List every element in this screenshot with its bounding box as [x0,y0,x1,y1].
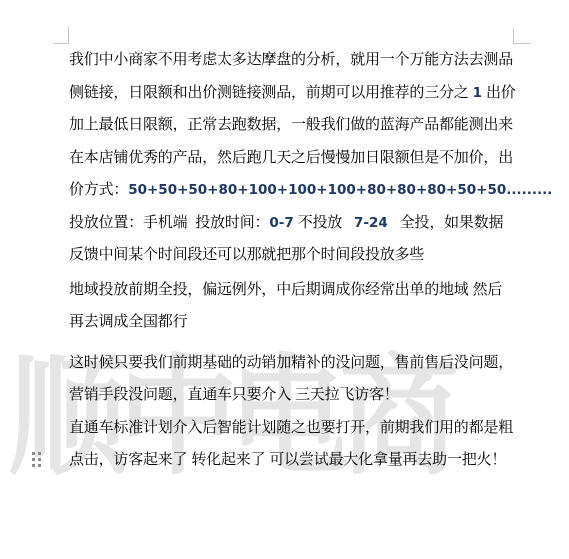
text-line[interactable]: 直通车标准计划介入后智能计划随之也要打开，前期我们用的都是粗 [69,412,515,445]
text-line[interactable]: 这时候只要我们前期基础的动销加精补的没问题，售前售后没问题， [69,347,515,380]
number-run: 50+50+50+80+100+100+100+80+80+80+50+50..… [128,182,552,198]
drag-dot-icon [32,452,35,455]
text-run: 侧链接，日限额和出价测链接测品，前期可以用推荐的三分之 [69,84,473,101]
paragraph: 地域投放前期全投，偏远例外，中后期调成你经常出单的地域 然后再去调成全国都行 [69,274,515,339]
text-run: 投放位置：手机端 投放时间： [69,214,269,231]
text-run: 营销手段没问题，直通车只要介入 三天拉飞访客！ [69,386,399,403]
number-run: 1 [473,85,482,101]
text-line[interactable]: 反馈中间某个时间段还可以那就把那个时间段投放多些 [69,239,515,272]
text-run: 价方式： [69,181,128,198]
paragraph: 直通车标准计划介入后智能计划随之也要打开，前期我们用的都是粗点击，访客起来了 转… [69,412,515,477]
page-margin-mark-top-right-icon [513,27,531,44]
text-run: 点击，访客起来了 转化起来了 可以尝试最大化拿量再去助一把火！ [69,451,506,468]
number-run: 0-7 [269,215,293,231]
text-line[interactable]: 价方式：50+50+50+80+100+100+100+80+80+80+50+… [69,174,515,207]
text-run: 地域投放前期全投，偏远例外，中后期调成你经常出单的地域 然后 [69,281,502,298]
drag-dot-icon [32,464,35,467]
paragraph: 这时候只要我们前期基础的动销加精补的没问题，售前售后没问题，营销手段没问题，直通… [69,347,515,412]
paragraph: 投放位置：手机端 投放时间：0-7 不投放 7-24 全投，如果数据反馈中间某个… [69,207,515,272]
text-line[interactable]: 营销手段没问题，直通车只要介入 三天拉飞访客！ [69,379,515,412]
text-run: 出价 [482,84,516,101]
text-run: 反馈中间某个时间段还可以那就把那个时间段投放多些 [69,246,424,263]
page-margin-mark-top-left-icon [53,27,69,44]
document-text-area[interactable]: 我们中小商家不用考虑太多达摩盘的分析，就用一个万能方法去测品侧链接，日限额和出价… [69,44,515,477]
text-run: 在本店铺优秀的产品，然后跑几天之后慢慢加日限额但是不加价，出 [69,149,513,166]
paragraph-drag-handle[interactable] [32,452,41,467]
text-line[interactable]: 侧链接，日限额和出价测链接测品，前期可以用推荐的三分之 1 出价 [69,77,515,110]
text-line[interactable]: 再去调成全国都行 [69,306,515,339]
text-run: 这时候只要我们前期基础的动销加精补的没问题，售前售后没问题， [69,354,513,371]
text-run: 全投，如果数据 [388,214,504,231]
text-run: 不投放 [294,214,354,231]
drag-dot-icon [38,452,41,455]
drag-dot-icon [38,464,41,467]
text-run: 直通车标准计划介入后智能计划随之也要打开，前期我们用的都是粗 [69,419,513,436]
text-line[interactable]: 点击，访客起来了 转化起来了 可以尝试最大化拿量再去助一把火！ [69,444,515,477]
text-run: 再去调成全国都行 [69,313,187,330]
text-run: 我们中小商家不用考虑太多达摩盘的分析，就用一个万能方法去测品 [69,51,513,68]
drag-dot-icon [38,458,41,461]
text-line[interactable]: 投放位置：手机端 投放时间：0-7 不投放 7-24 全投，如果数据 [69,207,515,240]
text-line[interactable]: 我们中小商家不用考虑太多达摩盘的分析，就用一个万能方法去测品 [69,44,515,77]
paragraph: 我们中小商家不用考虑太多达摩盘的分析，就用一个万能方法去测品侧链接，日限额和出价… [69,44,515,207]
text-line[interactable]: 加上最低日限额，正常去跑数据，一般我们做的蓝海产品都能测出来 [69,109,515,142]
text-run: 加上最低日限额，正常去跑数据，一般我们做的蓝海产品都能测出来 [69,116,513,133]
text-line[interactable]: 地域投放前期全投，偏远例外，中后期调成你经常出单的地域 然后 [69,274,515,307]
number-run: 7-24 [354,215,388,231]
text-line[interactable]: 在本店铺优秀的产品，然后跑几天之后慢慢加日限额但是不加价，出 [69,142,515,175]
document-page[interactable]: 顺中电商 我们中小商家不用考虑太多达摩盘的分析，就用一个万能方法去测品侧链接，日… [0,0,569,559]
drag-dot-icon [32,458,35,461]
